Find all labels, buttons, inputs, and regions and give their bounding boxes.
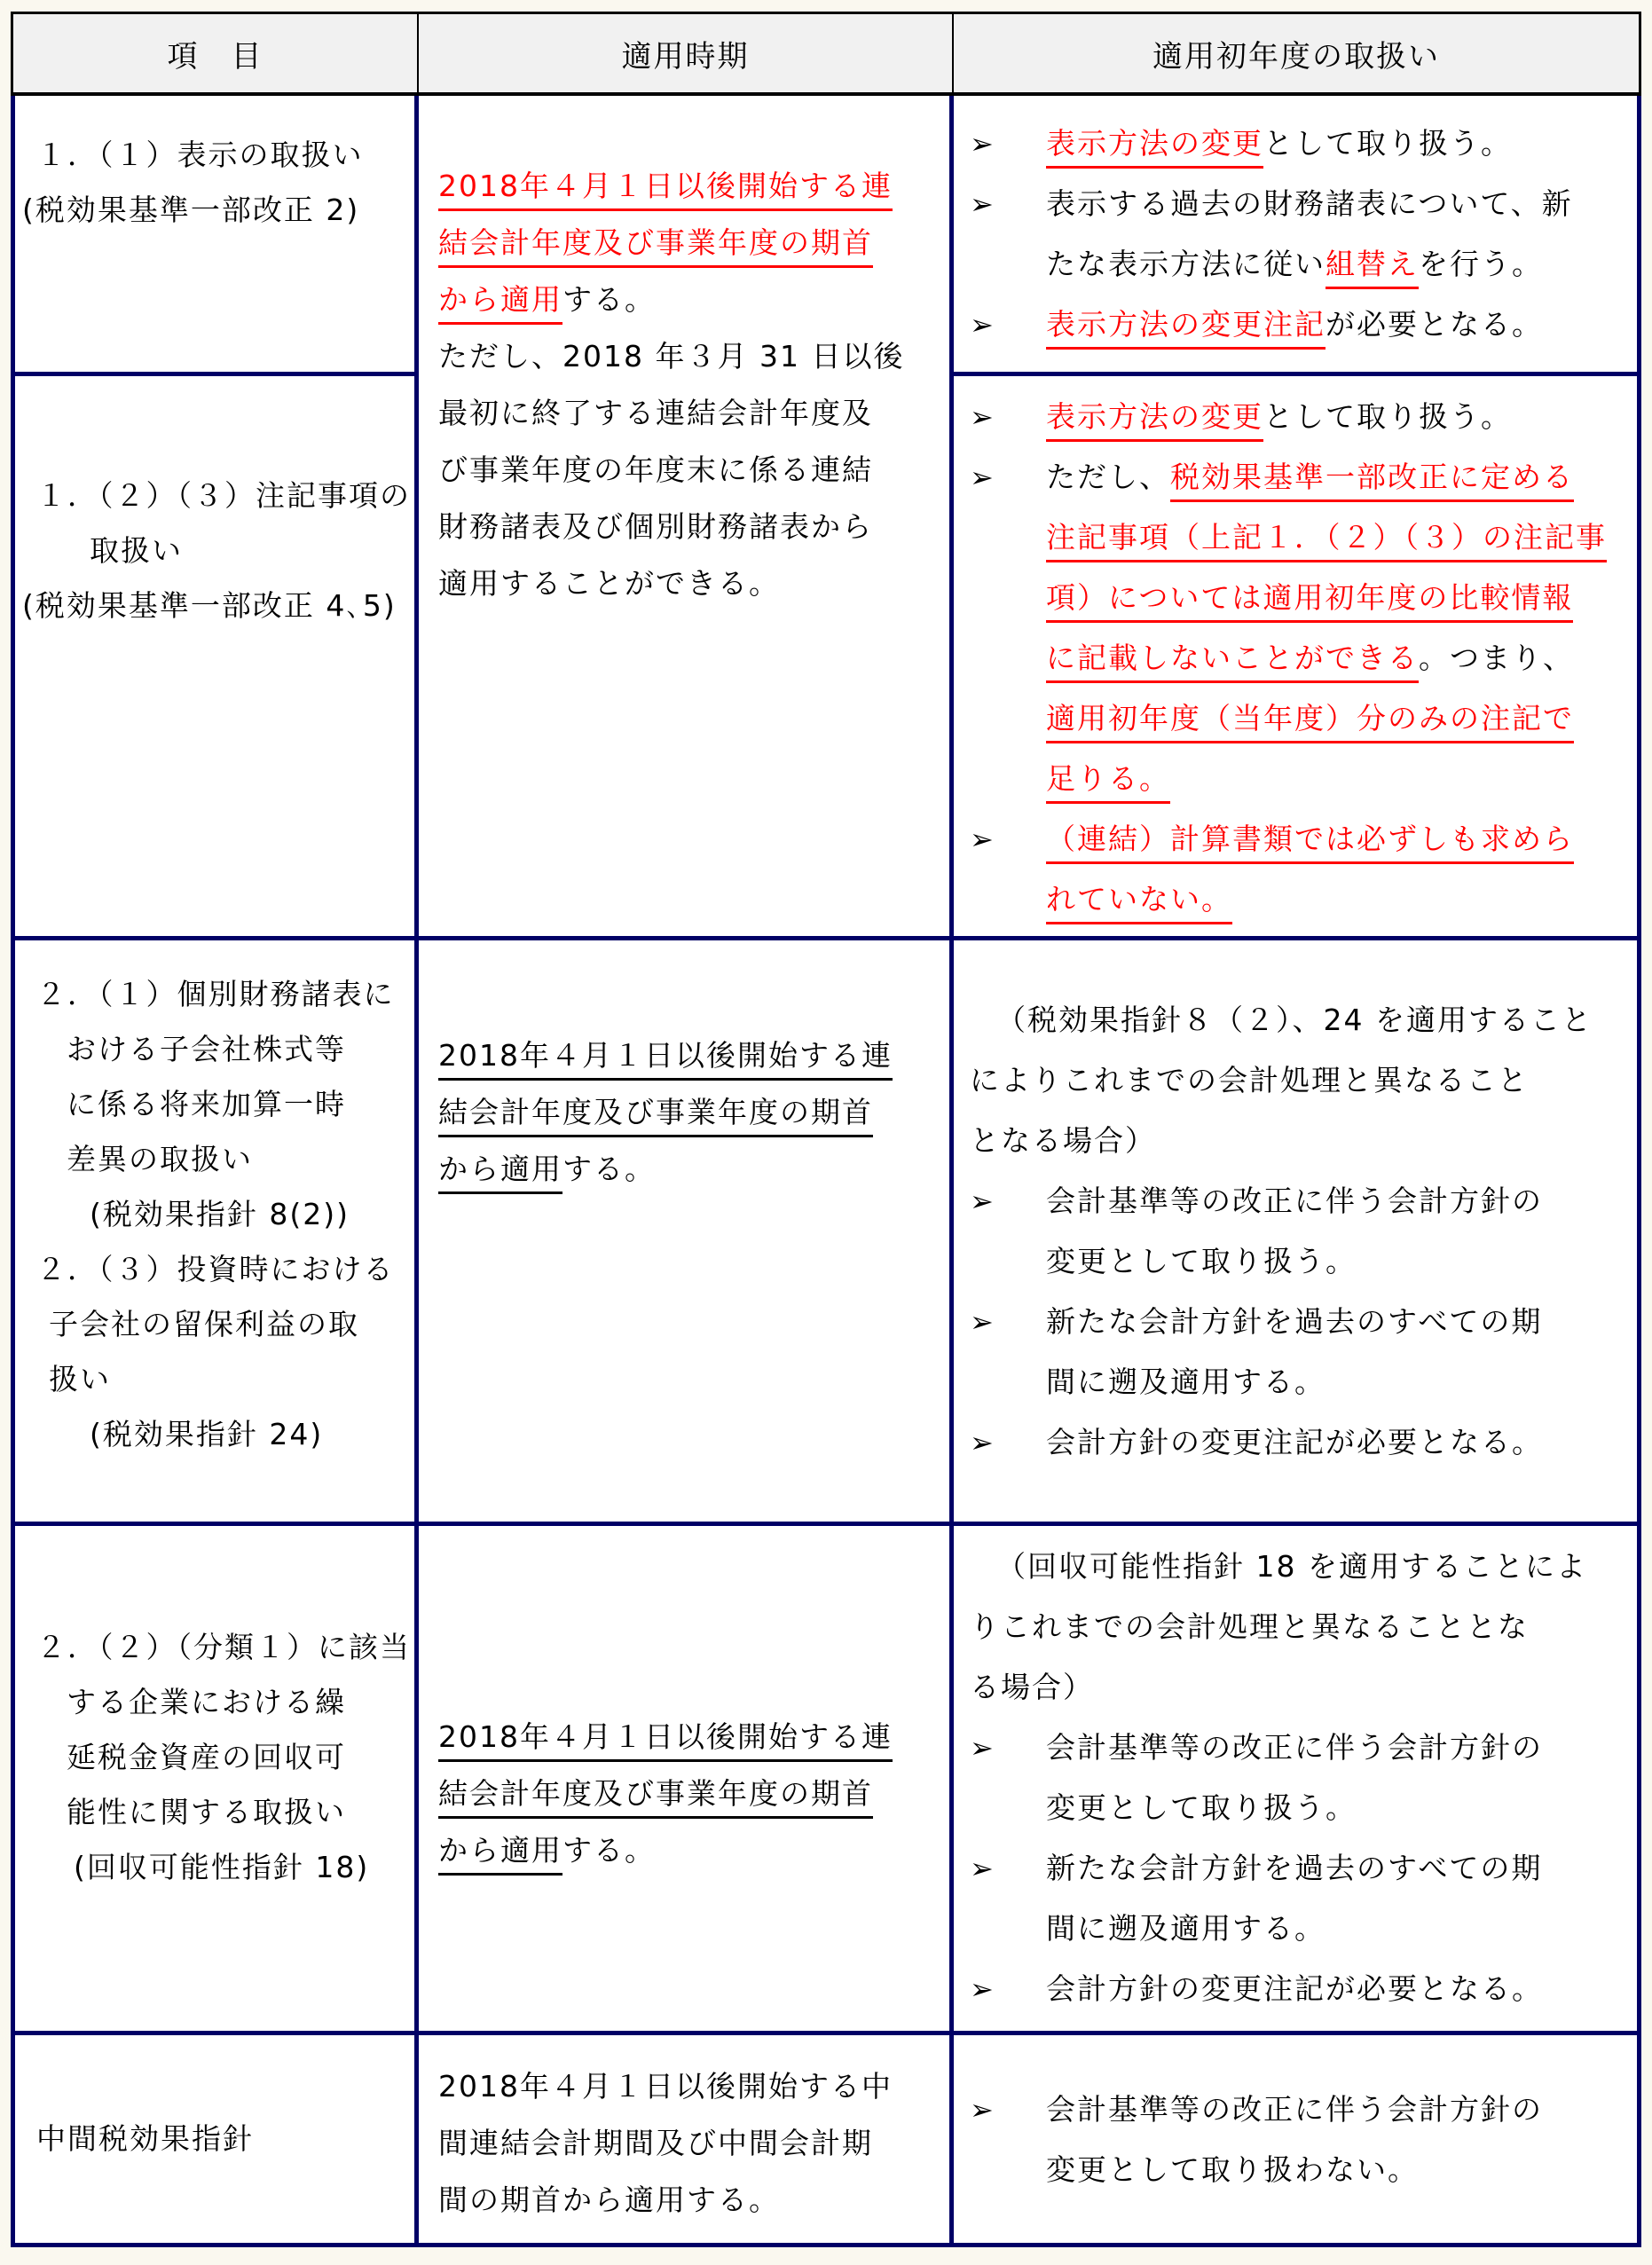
timing-line: から適用する。 bbox=[419, 271, 949, 328]
timing-line: 2018年４月１日以後開始する連 bbox=[419, 1027, 949, 1084]
treatment-line: 新たな会計方針を過去のすべての期 bbox=[1046, 1292, 1637, 1352]
treatment-line: （連結）計算書類では必ずしも求めら bbox=[1046, 809, 1637, 869]
item-reference: (税効果指針 24) bbox=[15, 1407, 414, 1462]
header-item-column: 項 目 bbox=[11, 12, 419, 96]
arrow-bullet-icon: ➢ bbox=[970, 809, 995, 869]
header-first-year-label: 適用初年度の取扱い bbox=[1152, 32, 1440, 75]
treatment-line: 表示する過去の財務諸表について、新 bbox=[1046, 174, 1637, 234]
bullet-item: ➢ ただし、税効果基準一部改正に定める 注記事項（上記１．（２）（３）の注記事 … bbox=[954, 447, 1637, 809]
condition-line: りこれまでの会計処理と異なることとな bbox=[954, 1597, 1637, 1657]
arrow-bullet-icon: ➢ bbox=[970, 1838, 995, 1899]
condition-line: （税効果指針８（２）、24 を適用すること bbox=[954, 990, 1637, 1050]
row2-item-cell: １．（２）（３）注記事項の 取扱い (税効果基準一部改正 4､5) bbox=[11, 376, 419, 940]
item-line: する企業における繰 bbox=[15, 1675, 414, 1730]
treatment-line: 会計基準等の改正に伴う会計方針の bbox=[1046, 2080, 1637, 2140]
treatment-line: 会計基準等の改正に伴う会計方針の bbox=[1046, 1171, 1637, 1231]
treatment-line: 間に遡及適用する。 bbox=[1046, 1352, 1637, 1412]
header-first-year-column: 適用初年度の取扱い bbox=[954, 12, 1641, 96]
bullet-item: ➢ 新たな会計方針を過去のすべての期 間に遡及適用する。 bbox=[954, 1292, 1637, 1412]
condition-line: となる場合） bbox=[954, 1111, 1637, 1171]
bullet-item: ➢ 会計方針の変更注記が必要となる。 bbox=[954, 1412, 1637, 1473]
item-line: 差異の取扱い bbox=[15, 1132, 414, 1187]
arrow-bullet-icon: ➢ bbox=[970, 447, 995, 507]
treatment-line: ただし、税効果基準一部改正に定める bbox=[1046, 447, 1637, 507]
treatment-line: たな表示方法に従い組替えを行う。 bbox=[1046, 234, 1637, 295]
item-line: １．（２）（３）注記事項の bbox=[15, 468, 414, 523]
header-timing-column: 適用時期 bbox=[419, 12, 954, 96]
timing-line: び事業年度の年度末に係る連結 bbox=[419, 442, 949, 499]
row3-treatment-cell: （税効果指針８（２）、24 を適用すること によりこれまでの会計処理と異なること… bbox=[954, 940, 1641, 1526]
arrow-bullet-icon: ➢ bbox=[970, 1171, 995, 1231]
treatment-line: 表示方法の変更として取り扱う。 bbox=[1046, 387, 1637, 447]
treatment-line: 会計方針の変更注記が必要となる。 bbox=[1046, 1412, 1637, 1473]
condition-line: によりこれまでの会計処理と異なること bbox=[954, 1050, 1637, 1111]
treatment-line: 適用初年度（当年度）分のみの注記で bbox=[1046, 688, 1637, 749]
row4-timing-cell: 2018年４月１日以後開始する連 結会計年度及び事業年度の期首 から適用する。 bbox=[419, 1526, 954, 2035]
item-line: おける子会社株式等 bbox=[15, 1022, 414, 1077]
bullet-item: ➢ （連結）計算書類では必ずしも求めら れていない。 bbox=[954, 809, 1637, 930]
item-reference: (税効果基準一部改正 2) bbox=[15, 183, 414, 238]
timing-merged-cell: 2018年４月１日以後開始する連 結会計年度及び事業年度の期首 から適用する。 … bbox=[419, 96, 954, 940]
arrow-bullet-icon: ➢ bbox=[970, 1959, 995, 2019]
row4-item-cell: ２．（２）（分類１）に該当 する企業における繰 延税金資産の回収可 能性に関する… bbox=[11, 1526, 419, 2035]
header-timing-label: 適用時期 bbox=[622, 32, 750, 75]
timing-line: から適用する。 bbox=[419, 1141, 949, 1198]
item-line: 扱い bbox=[15, 1352, 414, 1407]
condition-line: る場合） bbox=[954, 1657, 1637, 1718]
timing-line: 結会計年度及び事業年度の期首 bbox=[419, 1766, 949, 1822]
timing-line: ただし、2018 年３月 31 日以後 bbox=[419, 328, 949, 385]
treatment-line: 注記事項（上記１．（２）（３）の注記事 bbox=[1046, 507, 1637, 568]
item-line: ２．（３）投資時における bbox=[15, 1242, 414, 1297]
arrow-bullet-icon: ➢ bbox=[970, 387, 995, 447]
item-line: に係る将来加算一時 bbox=[15, 1077, 414, 1132]
row1-item-cell: １．（１）表示の取扱い (税効果基準一部改正 2) bbox=[11, 96, 419, 376]
timing-line: 結会計年度及び事業年度の期首 bbox=[419, 215, 949, 271]
item-line: 子会社の留保利益の取 bbox=[15, 1297, 414, 1352]
timing-line: 2018年４月１日以後開始する中 bbox=[419, 2058, 949, 2115]
item-line: 延税金資産の回収可 bbox=[15, 1730, 414, 1785]
item-line: ２．（１）個別財務諸表に bbox=[15, 967, 414, 1022]
row1-treatment-cell: ➢ 表示方法の変更として取り扱う。 ➢ 表示する過去の財務諸表について、新 たな… bbox=[954, 96, 1641, 376]
bullet-item: ➢ 表示方法の変更として取り扱う。 bbox=[954, 114, 1637, 174]
bullet-item: ➢ 表示する過去の財務諸表について、新 たな表示方法に従い組替えを行う。 bbox=[954, 174, 1637, 295]
item-line: 取扱い bbox=[15, 523, 414, 578]
treatment-line: 変更として取り扱う。 bbox=[1046, 1778, 1637, 1838]
row2-treatment-cell: ➢ 表示方法の変更として取り扱う。 ➢ ただし、税効果基準一部改正に定める 注記… bbox=[954, 376, 1641, 940]
bullet-item: ➢ 会計基準等の改正に伴う会計方針の 変更として取り扱う。 bbox=[954, 1718, 1637, 1838]
row5-treatment-cell: ➢ 会計基準等の改正に伴う会計方針の 変更として取り扱わない。 bbox=[954, 2035, 1641, 2247]
row3-timing-cell: 2018年４月１日以後開始する連 結会計年度及び事業年度の期首 から適用する。 bbox=[419, 940, 954, 1526]
timing-line: 間の期首から適用する。 bbox=[419, 2172, 949, 2229]
treatment-line: 会計基準等の改正に伴う会計方針の bbox=[1046, 1718, 1637, 1778]
arrow-bullet-icon: ➢ bbox=[970, 114, 995, 174]
treatment-line: 足りる。 bbox=[1046, 749, 1637, 809]
timing-line: 2018年４月１日以後開始する連 bbox=[419, 1709, 949, 1766]
treatment-line: 表示方法の変更注記が必要となる。 bbox=[1046, 295, 1637, 355]
timing-line: から適用する。 bbox=[419, 1822, 949, 1879]
arrow-bullet-icon: ➢ bbox=[970, 1292, 995, 1352]
arrow-bullet-icon: ➢ bbox=[970, 295, 995, 355]
arrow-bullet-icon: ➢ bbox=[970, 2080, 995, 2140]
bullet-item: ➢ 会計基準等の改正に伴う会計方針の 変更として取り扱わない。 bbox=[954, 2080, 1637, 2200]
treatment-line: 項）については適用初年度の比較情報 bbox=[1046, 568, 1637, 628]
arrow-bullet-icon: ➢ bbox=[970, 174, 995, 234]
treatment-line: に記載しないことができる。つまり、 bbox=[1046, 628, 1637, 688]
treatment-line: 新たな会計方針を過去のすべての期 bbox=[1046, 1838, 1637, 1899]
treatment-line: 表示方法の変更として取り扱う。 bbox=[1046, 114, 1637, 174]
item-line: ２．（２）（分類１）に該当 bbox=[15, 1620, 414, 1675]
item-line: １．（１）表示の取扱い bbox=[15, 128, 414, 183]
arrow-bullet-icon: ➢ bbox=[970, 1718, 995, 1778]
timing-line: 財務諸表及び個別財務諸表から bbox=[419, 499, 949, 555]
bullet-item: ➢ 会計方針の変更注記が必要となる。 bbox=[954, 1959, 1637, 2019]
row5-item-cell: 中間税効果指針 bbox=[11, 2035, 419, 2247]
timing-line: 結会計年度及び事業年度の期首 bbox=[419, 1084, 949, 1141]
treatment-line: れていない。 bbox=[1046, 869, 1637, 930]
timing-line: 適用することができる。 bbox=[419, 555, 949, 612]
row3-item-cell: ２．（１）個別財務諸表に おける子会社株式等 に係る将来加算一時 差異の取扱い … bbox=[11, 940, 419, 1526]
row4-treatment-cell: （回収可能性指針 18 を適用することによ りこれまでの会計処理と異なることとな… bbox=[954, 1526, 1641, 2035]
bullet-item: ➢ 新たな会計方針を過去のすべての期 間に遡及適用する。 bbox=[954, 1838, 1637, 1959]
treatment-line: 変更として取り扱わない。 bbox=[1046, 2140, 1637, 2200]
timing-line: 2018年４月１日以後開始する連 bbox=[419, 158, 949, 215]
item-line: 能性に関する取扱い bbox=[15, 1785, 414, 1840]
bullet-item: ➢ 会計基準等の改正に伴う会計方針の 変更として取り扱う。 bbox=[954, 1171, 1637, 1292]
item-reference: (税効果基準一部改正 4､5) bbox=[15, 578, 414, 633]
treatment-line: 間に遡及適用する。 bbox=[1046, 1899, 1637, 1959]
bullet-item: ➢ 表示方法の変更として取り扱う。 bbox=[954, 387, 1637, 447]
treatment-line: 変更として取り扱う。 bbox=[1046, 1231, 1637, 1292]
arrow-bullet-icon: ➢ bbox=[970, 1412, 995, 1473]
timing-line: 間連結会計期間及び中間会計期 bbox=[419, 2115, 949, 2172]
row5-timing-cell: 2018年４月１日以後開始する中 間連結会計期間及び中間会計期 間の期首から適用… bbox=[419, 2035, 954, 2247]
item-line: 中間税効果指針 bbox=[15, 2112, 254, 2167]
header-item-label: 項 目 bbox=[168, 32, 264, 75]
bullet-item: ➢ 表示方法の変更注記が必要となる。 bbox=[954, 295, 1637, 355]
treatment-line: 会計方針の変更注記が必要となる。 bbox=[1046, 1959, 1637, 2019]
item-reference: (税効果指針 8(2)) bbox=[15, 1187, 414, 1242]
condition-line: （回収可能性指針 18 を適用することによ bbox=[954, 1537, 1637, 1597]
timing-line: 最初に終了する連結会計年度及 bbox=[419, 385, 949, 442]
accounting-standards-table: 項 目 適用時期 適用初年度の取扱い １．（１）表示の取扱い (税効果基準一部改… bbox=[11, 12, 1641, 2247]
item-reference: (回収可能性指針 18) bbox=[15, 1840, 414, 1895]
